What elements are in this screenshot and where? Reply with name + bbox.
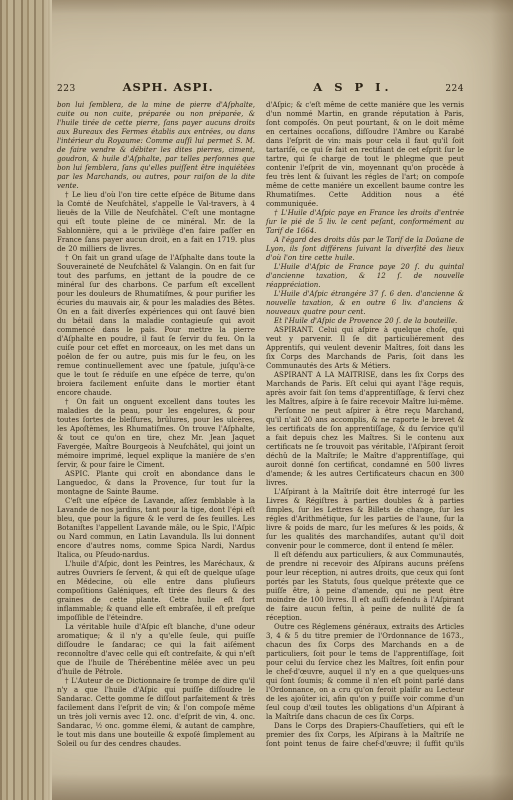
paragraph: † L'Huile d'Aſpic paye en France les dro… <box>266 209 464 236</box>
folio-number-left: 223 <box>57 84 76 94</box>
text-column-right: d'Aſpic; & c'eſt même de cette maniére q… <box>266 101 464 749</box>
running-title-right: A S P I. <box>261 80 446 94</box>
running-title-left: ASPH. ASPI. <box>76 80 261 94</box>
paragraph: Outre ces Réglemens généraux, extraits d… <box>266 623 464 722</box>
binding-edge-marbling <box>0 0 52 800</box>
paragraph: L'Aſpirant à la Maîtriſe doit être inter… <box>266 488 464 551</box>
paragraph: bon lui ſemblera, de la mine de pierre d… <box>57 101 255 191</box>
paragraph: L'huile d'Aſpic, dont les Peintres, les … <box>57 560 255 623</box>
paragraph: ASPIRANT. Celui qui aſpire à quelque cho… <box>266 326 464 371</box>
paragraph: A l'égard des droits dûs par le Tarif de… <box>266 236 464 263</box>
page-print-area: 223 ASPH. ASPI. A S P I. 224 bon lui ſem… <box>57 80 464 749</box>
text-column-right-body: d'Aſpic; & c'eſt même de cette maniére q… <box>266 101 464 749</box>
running-header: 223 ASPH. ASPI. A S P I. 224 <box>57 80 464 94</box>
paragraph: † On fait un onguent excellent dans tout… <box>57 398 255 470</box>
paragraph: Il eſt défendu aux particuliers, & aux C… <box>266 551 464 623</box>
paragraph: L'Huile d'Aſpic de France paye 20 ſ. du … <box>266 263 464 290</box>
paragraph: ASPIC. Plante qui croît en abondance dan… <box>57 470 255 497</box>
paragraph: ASPIRANT A LA MAITRISE, dans les ſix Cor… <box>266 371 464 407</box>
text-columns: bon lui ſemblera, de la mine de pierre d… <box>57 101 464 749</box>
paragraph: La véritable huile d'Aſpic eſt blanche, … <box>57 623 255 677</box>
paragraph: † On fait un grand uſage de l'Aſphalte d… <box>57 254 255 398</box>
running-header-right: A S P I. 224 <box>261 80 465 94</box>
paragraph: C'eſt une eſpéce de Lavande, aſſez ſembl… <box>57 497 255 560</box>
folio-number-right: 224 <box>445 84 464 94</box>
paragraph: † Le lieu d'où l'on tire cette eſpéce de… <box>57 191 255 254</box>
paragraph: L'Huile d'Aſpic étrangére 37 ſ. 6 den. d… <box>266 290 464 317</box>
paragraph: Perſonne ne peut aſpirer à être reçu Mar… <box>266 407 464 488</box>
running-header-left: 223 ASPH. ASPI. <box>57 80 261 94</box>
text-column-left: bon lui ſemblera, de la mine de pierre d… <box>57 101 255 749</box>
paragraph: Dans le Corps des Drapiers-Chauſſetiers,… <box>266 722 464 749</box>
paragraph: Et l'Huile d'Aſpic de Provence 20 ſ. de … <box>266 317 464 326</box>
paragraph: † L'Auteur de ce Dictionnaire ſe trompe … <box>57 677 255 749</box>
paragraph: d'Aſpic; & c'eſt même de cette maniére q… <box>266 101 464 209</box>
